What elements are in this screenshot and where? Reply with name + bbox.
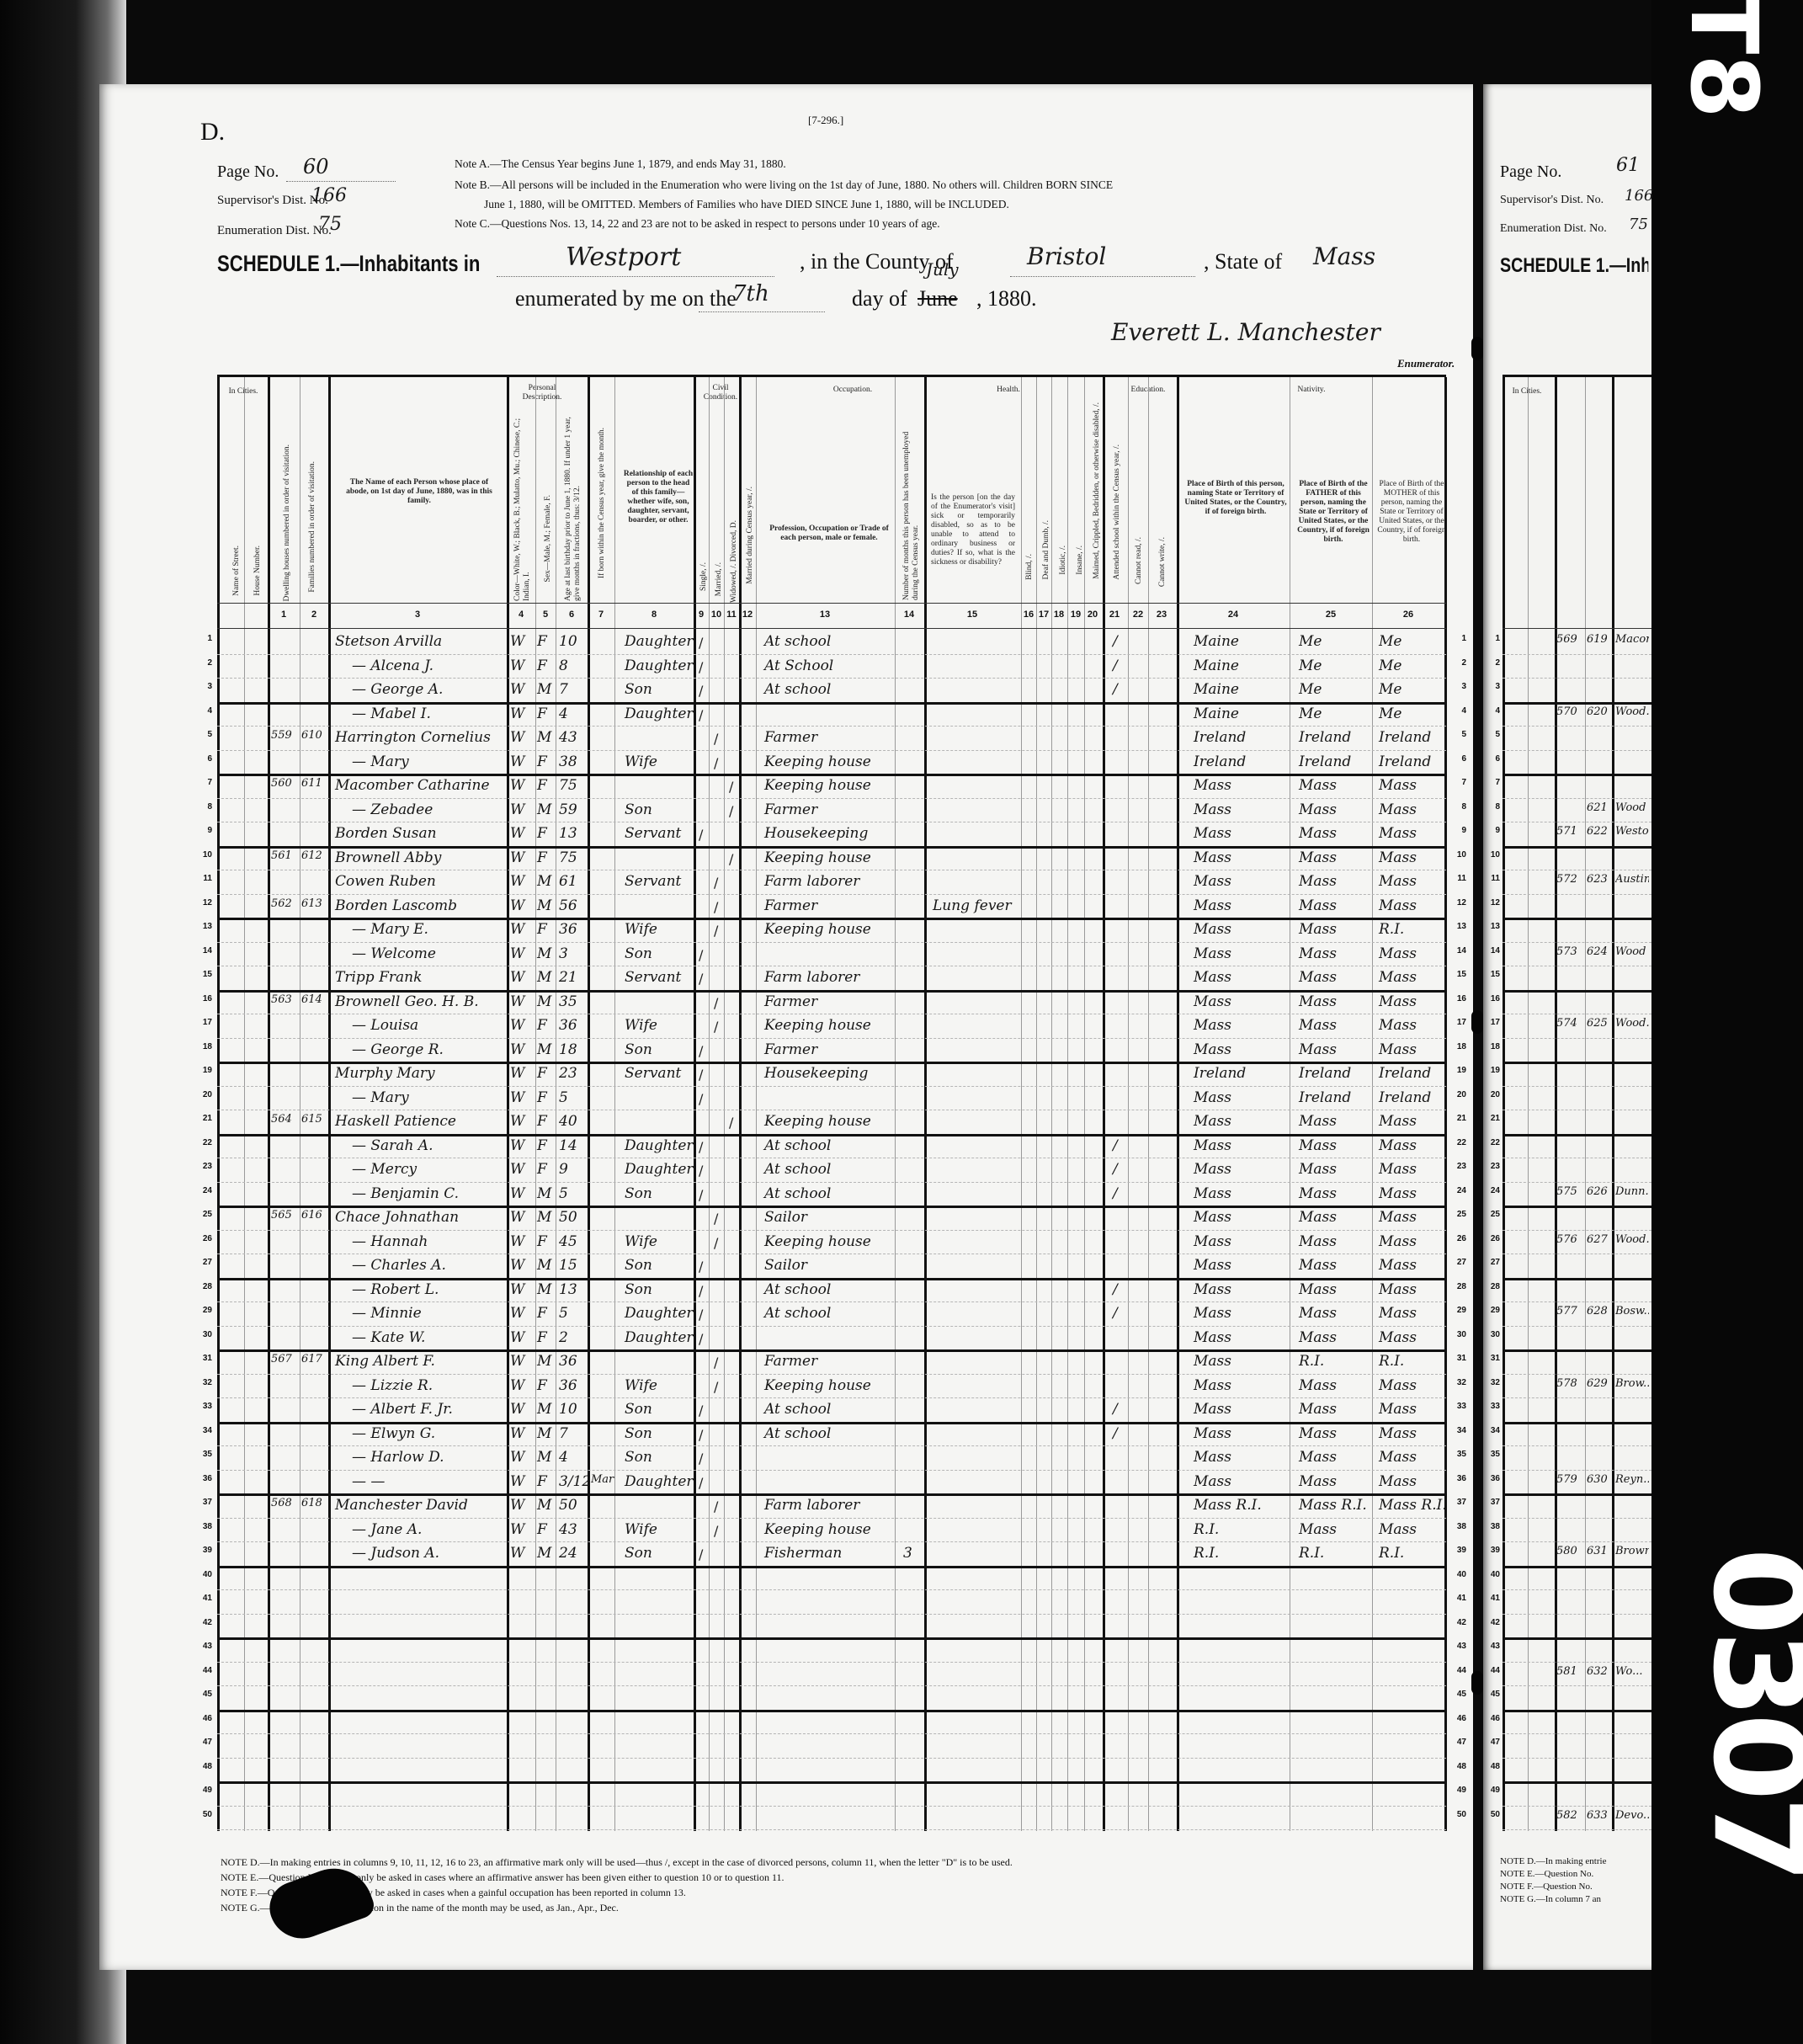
age-value: 13 (559, 1281, 577, 1298)
row-rule (1502, 990, 1651, 993)
month-value: July (926, 259, 959, 279)
note-b: Note B.—All persons will be included in … (455, 178, 1113, 192)
column-number: 19 (1069, 609, 1082, 620)
sex-value: F (537, 753, 547, 770)
column-number: 2 (307, 609, 321, 620)
header-occupation: Profession, Occupation or Trade of each … (766, 524, 892, 543)
row-rule (217, 1038, 1446, 1040)
mother-birthplace-value: Mass (1379, 1257, 1417, 1274)
occupation-value: Farm laborer (764, 969, 859, 986)
right-note-g: NOTE G.—In column 7 an (1500, 1894, 1606, 1904)
civil-condition-mark: / (699, 1091, 703, 1107)
person-name: — Mary (352, 753, 409, 770)
day-of-label: day of (852, 286, 907, 311)
person-name: — Judson A. (352, 1545, 439, 1562)
person-name: — Harlow D. (352, 1449, 444, 1466)
age-value: 36 (559, 1353, 577, 1370)
civil-condition-mark: / (699, 1331, 703, 1347)
row-number: 8 (195, 802, 212, 812)
row-number: 18 (1483, 1042, 1500, 1051)
header-name: The Name of each Person whose place of a… (343, 478, 495, 506)
row-rule (217, 1637, 1446, 1641)
column-number: 10 (710, 609, 723, 620)
person-name: — Sarah A. (352, 1137, 433, 1154)
header-sickness: Is the person [on the day of the Enumera… (931, 493, 1015, 567)
census-table-right: In Cities. 569619Macom...570620Wood...62… (1502, 375, 1651, 1831)
birthplace-value: Mass (1194, 1425, 1231, 1442)
birthplace-value: Mass (1194, 1137, 1231, 1154)
civil-condition-mark: / (699, 1546, 703, 1562)
occupation-value: At school (764, 1161, 831, 1178)
row-rule (217, 1230, 1446, 1232)
row-number: 17 (1483, 1018, 1500, 1027)
header-rule (1502, 628, 1651, 630)
color-value: W (510, 849, 524, 866)
person-name: Wood... (1615, 1233, 1649, 1246)
row-number: 32 (1449, 1378, 1466, 1387)
color-value: W (510, 777, 524, 794)
row-number: 46 (1449, 1714, 1466, 1723)
row-rule (1502, 1445, 1651, 1447)
born-month: Mar (591, 1473, 614, 1486)
right-page-no-label: Page No. (1500, 162, 1561, 182)
sex-value: M (537, 1257, 551, 1274)
row-number: 46 (1483, 1714, 1500, 1723)
row-rule (217, 918, 1446, 921)
father-birthplace-value: Mass (1299, 1521, 1337, 1538)
age-value: 5 (559, 1305, 568, 1322)
birthplace-value: Mass (1194, 1257, 1231, 1274)
father-birthplace-value: Mass (1299, 897, 1337, 914)
mother-birthplace-value: Mass (1379, 897, 1417, 914)
row-number: 2 (1483, 658, 1500, 668)
mother-birthplace-value: Mass (1379, 1401, 1417, 1418)
row-number: 2 (195, 658, 212, 668)
relationship-value: Son (625, 1185, 652, 1202)
father-birthplace-value: R.I. (1299, 1353, 1324, 1370)
sex-value: F (537, 705, 547, 722)
attended-school-mark: / (1113, 1281, 1118, 1298)
row-number: 34 (1483, 1426, 1500, 1435)
row-number: 23 (1483, 1162, 1500, 1171)
civil-condition-mark: / (714, 1498, 718, 1514)
person-name: — Elwyn G. (352, 1425, 435, 1442)
attended-school-mark: / (1113, 633, 1118, 650)
relationship-value: Daughter (625, 1329, 694, 1346)
color-value: W (510, 633, 524, 650)
father-birthplace-value: Mass (1299, 1041, 1337, 1058)
color-value: W (510, 1017, 524, 1034)
person-name: Haskell Patience (335, 1113, 456, 1130)
column-number: 15 (965, 609, 979, 620)
row-rule (217, 1493, 1446, 1497)
row-rule (1502, 870, 1651, 871)
row-number: 28 (1483, 1282, 1500, 1291)
family-number: 629 (1587, 1377, 1608, 1390)
color-value: W (510, 825, 524, 842)
year-value: , 1880. (976, 286, 1037, 311)
color-value: W (510, 681, 524, 698)
dwelling-number: 560 (271, 777, 292, 790)
family-number: 632 (1587, 1665, 1608, 1678)
state-value: Mass (1313, 242, 1375, 270)
row-number: 38 (195, 1522, 212, 1531)
occupation-value: Sailor (764, 1257, 807, 1274)
row-number: 35 (1449, 1450, 1466, 1459)
sex-value: M (537, 1425, 551, 1442)
row-number: 34 (195, 1426, 212, 1435)
color-value: W (510, 1425, 524, 1442)
row-rule (1502, 846, 1651, 849)
family-number: 614 (301, 993, 322, 1006)
header-married-year: Married during Census year, /. (746, 487, 755, 584)
header-age: Age at last birthday prior to June 1, 18… (564, 416, 584, 601)
row-rule (1502, 966, 1651, 967)
header-rule (217, 628, 1446, 630)
header-mother-birthplace: Place of Birth of the MOTHER of this per… (1377, 480, 1446, 545)
person-name: — Mary (352, 1089, 409, 1106)
row-rule (1502, 1518, 1651, 1520)
relationship-value: Daughter (625, 1305, 694, 1322)
birthplace-value: Mass (1194, 1305, 1231, 1322)
person-name: — Jane A. (352, 1521, 422, 1538)
person-name: Brownell Geo. H. B. (335, 993, 479, 1010)
occupation-value: Farmer (764, 801, 817, 818)
row-number: 26 (195, 1234, 212, 1243)
row-rule (217, 1182, 1446, 1184)
color-value: W (510, 1473, 524, 1490)
sex-value: F (537, 1473, 547, 1490)
civil-condition-mark: / (699, 947, 703, 963)
column-number: 3 (411, 609, 424, 620)
age-value: 36 (559, 921, 577, 938)
color-value: W (510, 705, 524, 722)
occupation-value: At school (764, 1185, 831, 1202)
film-stamp-top: T8 (1678, 0, 1770, 119)
person-name: Wood L... (1615, 945, 1649, 958)
row-rule (1502, 1781, 1651, 1785)
birthplace-value: Mass (1194, 1113, 1231, 1130)
row-number: 33 (1483, 1402, 1500, 1411)
person-name: Devo... (1615, 1809, 1649, 1822)
color-value: W (510, 1449, 524, 1466)
civil-condition-mark: / (699, 827, 703, 843)
person-name: King Albert F. (335, 1353, 435, 1370)
occupation-value: At school (764, 681, 831, 698)
mother-birthplace-value: Mass (1379, 1377, 1417, 1394)
row-rule (1502, 1470, 1651, 1472)
color-value: W (510, 1065, 524, 1082)
group-personal: Personal Description. (512, 384, 572, 402)
group-in-cities: In Cities. (222, 387, 264, 397)
note-d: NOTE D.—In making entries in columns 9, … (221, 1856, 1013, 1869)
row-number: 13 (1483, 922, 1500, 931)
mother-birthplace-value: Me (1379, 681, 1401, 698)
birthplace-value: Mass (1194, 897, 1231, 914)
row-number: 12 (195, 898, 212, 908)
column-number: 6 (565, 609, 578, 620)
row-number: 20 (195, 1090, 212, 1099)
father-birthplace-value: Ireland (1299, 753, 1351, 770)
row-rule (217, 1662, 1446, 1663)
civil-condition-mark: / (714, 899, 718, 915)
father-birthplace-value: Mass (1299, 1305, 1337, 1322)
sex-value: M (537, 1449, 551, 1466)
microfilm-strip: T8 0307 (1651, 0, 1803, 2044)
binder-hole (1471, 1671, 1483, 1695)
person-name: — Alcena J. (352, 657, 433, 674)
row-number: 28 (195, 1282, 212, 1291)
father-birthplace-value: Mass (1299, 1161, 1337, 1178)
row-rule (217, 1349, 1446, 1353)
father-birthplace-value: Mass (1299, 921, 1337, 938)
dwelling-number: 567 (271, 1353, 292, 1365)
father-birthplace-value: Mass (1299, 1257, 1337, 1274)
row-number: 40 (1449, 1570, 1466, 1579)
color-value: W (510, 753, 524, 770)
row-number: 42 (1483, 1618, 1500, 1627)
relationship-value: Daughter (625, 633, 694, 650)
row-number: 2 (1449, 658, 1466, 668)
sex-value: F (537, 1305, 547, 1322)
sex-value: F (537, 921, 547, 938)
civil-condition-mark: / (714, 755, 718, 771)
occupation-value: Keeping house (764, 1233, 871, 1250)
age-value: 3/12 (559, 1473, 591, 1490)
father-birthplace-value: Mass (1299, 1017, 1337, 1034)
dwelling-number: 577 (1556, 1305, 1577, 1317)
dwelling-number: 561 (271, 849, 292, 862)
age-value: 50 (559, 1209, 577, 1226)
row-number: 36 (1483, 1474, 1500, 1483)
mother-birthplace-value: R.I. (1379, 1545, 1404, 1562)
civil-condition-mark: / (699, 635, 703, 651)
mother-birthplace-value: Ireland (1379, 1065, 1431, 1082)
dwelling-number: 575 (1556, 1185, 1577, 1198)
person-name: — Albert F. Jr. (352, 1401, 453, 1418)
color-value: W (510, 1113, 524, 1130)
mother-birthplace-value: Mass (1379, 993, 1417, 1010)
row-number: 44 (1483, 1666, 1500, 1675)
mother-birthplace-value: R.I. (1379, 921, 1404, 938)
civil-condition-mark: / (714, 1019, 718, 1035)
civil-condition-mark: / (699, 1403, 703, 1419)
row-number: 33 (195, 1402, 212, 1411)
form-number: [7-296.] (808, 114, 843, 127)
row-rule (217, 966, 1446, 967)
mother-birthplace-value: Ireland (1379, 729, 1431, 746)
right-enumeration-label: Enumeration Dist. No. (1500, 222, 1607, 236)
person-name: Tripp Frank (335, 969, 422, 986)
color-value: W (510, 1209, 524, 1226)
attended-school-mark: / (1113, 1185, 1118, 1202)
father-birthplace-value: Mass (1299, 1377, 1337, 1394)
census-table: In Cities. Personal Description. Civil C… (217, 375, 1446, 1831)
civil-condition-mark: / (699, 683, 703, 699)
father-birthplace-value: Mass (1299, 1137, 1337, 1154)
mother-birthplace-value: Mass (1379, 1281, 1417, 1298)
age-value: 14 (559, 1137, 577, 1154)
father-birthplace-value: Mass R.I. (1299, 1497, 1367, 1514)
color-value: W (510, 1377, 524, 1394)
person-name: Harrington Cornelius (335, 729, 491, 746)
column-number: 25 (1324, 609, 1338, 620)
family-number: 611 (301, 777, 322, 790)
birthplace-value: Mass (1194, 945, 1231, 962)
person-name: — Mary E. (352, 921, 428, 938)
age-value: 50 (559, 1497, 577, 1514)
enumerator-signature: Everett L. Manchester (1111, 318, 1380, 346)
color-value: W (510, 993, 524, 1010)
color-value: W (510, 873, 524, 890)
relationship-value: Servant (625, 825, 681, 842)
sex-value: F (537, 1161, 547, 1178)
mother-birthplace-value: Mass (1379, 945, 1417, 962)
birthplace-value: Mass (1194, 1377, 1231, 1394)
dwelling-number: 578 (1556, 1377, 1577, 1390)
row-rule (217, 1781, 1446, 1785)
row-number: 14 (195, 946, 212, 955)
row-number: 47 (1449, 1738, 1466, 1747)
person-name: — Benjamin C. (352, 1185, 459, 1202)
family-number: 620 (1587, 705, 1608, 718)
sex-value: M (537, 945, 551, 962)
enumeration-day: 7th (732, 281, 769, 306)
row-number: 17 (195, 1018, 212, 1027)
person-name: Wood (1615, 801, 1649, 814)
row-number: 12 (1449, 898, 1466, 908)
father-birthplace-value: Mass (1299, 969, 1337, 986)
sex-value: M (537, 1209, 551, 1226)
dwelling-number: 573 (1556, 945, 1577, 958)
color-value: W (510, 729, 524, 746)
row-number: 21 (1483, 1114, 1500, 1123)
form-letter: D. (200, 118, 225, 146)
row-number: 49 (1449, 1786, 1466, 1795)
age-value: 13 (559, 825, 577, 842)
row-rule (217, 1806, 1446, 1807)
relationship-value: Servant (625, 873, 681, 890)
relationship-value: Son (625, 1281, 652, 1298)
right-note-e: NOTE E.—Question No. (1500, 1869, 1606, 1879)
row-number: 49 (195, 1786, 212, 1795)
occupation-value: Keeping house (764, 777, 871, 794)
age-value: 7 (559, 681, 568, 698)
right-notes-bottom: NOTE D.—In making entrie NOTE E.—Questio… (1500, 1856, 1606, 1904)
color-value: W (510, 1185, 524, 1202)
right-note-f: NOTE F.—Question No. (1500, 1882, 1606, 1892)
row-rule (217, 774, 1446, 777)
attended-school-mark: / (1113, 1305, 1118, 1322)
header-married: Married, /. (715, 562, 724, 596)
color-value: W (510, 1281, 524, 1298)
color-value: W (510, 657, 524, 674)
occupation-value: At school (764, 1281, 831, 1298)
row-number: 11 (1449, 874, 1466, 883)
age-value: 18 (559, 1041, 577, 1058)
row-number: 33 (1449, 1402, 1466, 1411)
row-number: 14 (1449, 946, 1466, 955)
color-value: W (510, 1137, 524, 1154)
relationship-value: Son (625, 1401, 652, 1418)
header-house: House Number. (253, 546, 263, 596)
row-rule (1502, 1038, 1651, 1040)
column-number: 9 (694, 609, 708, 620)
mother-birthplace-value: Me (1379, 633, 1401, 650)
column-number: 11 (725, 609, 738, 620)
row-number: 39 (1483, 1546, 1500, 1555)
father-birthplace-value: Mass (1299, 1401, 1337, 1418)
occupation-value: Farmer (764, 1353, 817, 1370)
relationship-value: Daughter (625, 705, 694, 722)
row-number: 37 (1483, 1498, 1500, 1507)
occupation-value: At School (764, 657, 833, 674)
father-birthplace-value: Mass (1299, 873, 1337, 890)
header-sex: Sex—Male, M.; Female, F. (544, 495, 553, 582)
row-number: 48 (1449, 1762, 1466, 1771)
sex-value: F (537, 777, 547, 794)
row-rule (1502, 1086, 1651, 1088)
film-stamp-bottom: 0307 (1695, 1547, 1803, 1878)
row-number: 6 (195, 754, 212, 764)
column-number: 5 (539, 609, 552, 620)
header-widowed: Widowed, /. Divorced, D. (730, 520, 739, 603)
relationship-value: Son (625, 1449, 652, 1466)
row-number: 16 (1449, 994, 1466, 1003)
age-value: 9 (559, 1161, 568, 1178)
row-number: 24 (195, 1186, 212, 1195)
person-name: — Louisa (352, 1017, 418, 1034)
dwelling-number: 559 (271, 729, 292, 742)
row-number: 7 (195, 778, 212, 787)
row-rule (217, 1086, 1446, 1088)
birthplace-value: Mass (1194, 1233, 1231, 1250)
attended-school-mark: / (1113, 1137, 1118, 1154)
sex-value: F (537, 825, 547, 842)
row-number: 25 (1483, 1210, 1500, 1219)
row-rule (217, 1445, 1446, 1447)
row-rule (1502, 1374, 1651, 1376)
relationship-value: Son (625, 1041, 652, 1058)
row-number: 28 (1449, 1282, 1466, 1291)
birthplace-value: Mass (1194, 993, 1231, 1010)
row-number: 40 (1483, 1570, 1500, 1579)
row-number: 11 (1483, 874, 1500, 883)
occupation-value: Keeping house (764, 1521, 871, 1538)
sex-value: M (537, 681, 551, 698)
group-nativity: Nativity. (1185, 386, 1438, 395)
age-value: 8 (559, 657, 568, 674)
row-rule (1502, 1278, 1651, 1281)
sex-value: M (537, 801, 551, 818)
row-number: 1 (1483, 634, 1500, 643)
sex-value: M (537, 1353, 551, 1370)
row-number: 20 (1483, 1090, 1500, 1099)
row-number: 5 (195, 730, 212, 739)
mother-birthplace-value: Mass (1379, 1209, 1417, 1226)
row-rule (217, 1566, 1446, 1569)
person-name: Cowen Ruben (335, 873, 436, 890)
row-number: 21 (195, 1114, 212, 1123)
father-birthplace-value: R.I. (1299, 1545, 1324, 1562)
row-number: 44 (195, 1666, 212, 1675)
sex-value: M (537, 1545, 551, 1562)
relationship-value: Daughter (625, 657, 694, 674)
color-value: W (510, 897, 524, 914)
person-name: — Kate W. (352, 1329, 425, 1346)
row-number: 23 (1449, 1162, 1466, 1171)
father-birthplace-value: Mass (1299, 777, 1337, 794)
